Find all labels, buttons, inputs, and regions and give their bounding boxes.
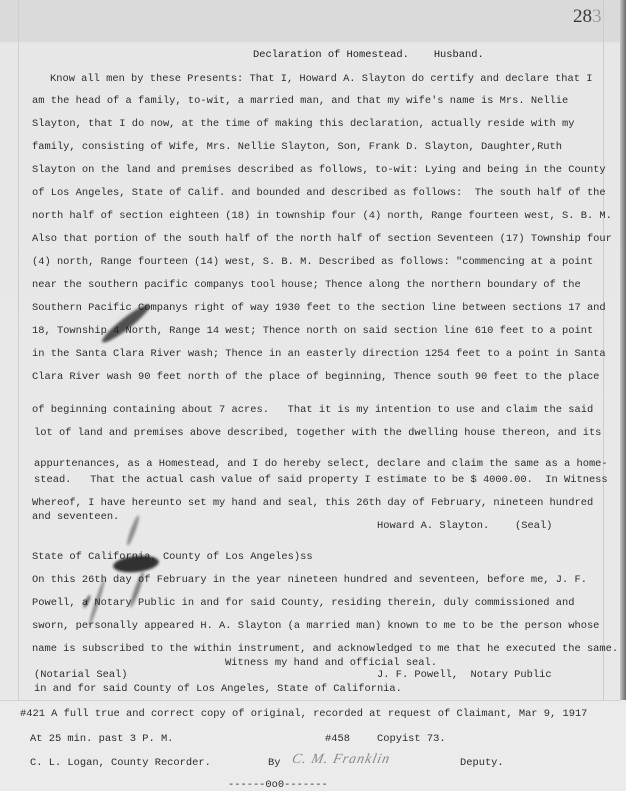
notary-jurisdiction: in and for said County of Los Angeles, S… bbox=[34, 683, 402, 695]
page-number-faded-digit: 3 bbox=[592, 6, 602, 27]
body-line: (4) north, Range fourteen (14) west, S. … bbox=[32, 256, 593, 268]
body-line: Southern Pacific Companys right of way 1… bbox=[32, 302, 606, 314]
body-line: Slayton on the land and premises describ… bbox=[32, 164, 606, 176]
body-line: Also that portion of the south half of t… bbox=[32, 233, 612, 245]
body-line: and seventeen. bbox=[32, 511, 119, 523]
by-label: By bbox=[268, 757, 280, 769]
acknowledgment-line: name is subscribed to the within instrum… bbox=[32, 643, 618, 655]
body-line: appurtenances, as a Homestead, and I do … bbox=[34, 458, 608, 470]
recording-line: #421 A full true and correct copy of ori… bbox=[20, 708, 587, 720]
deputy-signature: C. M. Franklin bbox=[290, 752, 391, 768]
recording-time: At 25 min. past 3 P. M. bbox=[30, 733, 173, 745]
page-number-main: 28 bbox=[573, 6, 592, 27]
venue-line: State of California, County of Los Angel… bbox=[32, 551, 313, 563]
acknowledgment-line: On this 26th day of February in the year… bbox=[32, 574, 587, 586]
body-line: in the Santa Clara River wash; Thence in… bbox=[32, 348, 606, 360]
body-line: stead. That the actual cash value of sai… bbox=[34, 474, 608, 486]
document-title: Declaration of Homestead. Husband. bbox=[253, 49, 484, 61]
document-page: 283 Declaration of Homestead. Husband. K… bbox=[0, 0, 626, 791]
left-margin-rule bbox=[18, 0, 19, 791]
recording-number: #458 bbox=[325, 733, 350, 745]
body-line: near the southern pacific companys tool … bbox=[32, 279, 581, 291]
body-line: am the head of a family, to-wit, a marri… bbox=[32, 95, 568, 107]
body-line: Clara River wash 90 feet north of the pl… bbox=[32, 371, 599, 383]
county-recorder: C. L. Logan, County Recorder. bbox=[30, 757, 211, 769]
body-line: north half of section eighteen (18) in t… bbox=[32, 210, 612, 222]
acknowledgment-line: sworn, personally appeared H. A. Slayton… bbox=[32, 620, 599, 632]
binding-edge-shadow bbox=[620, 0, 626, 700]
end-mark: ------0o0------- bbox=[228, 779, 328, 791]
deputy-label: Deputy. bbox=[460, 757, 504, 769]
seal-label: (Seal) bbox=[515, 520, 552, 532]
body-line: of beginning containing about 7 acres. T… bbox=[32, 404, 593, 416]
page-number: 283 bbox=[573, 6, 602, 28]
body-line: Know all men by these Presents: That I, … bbox=[50, 73, 592, 85]
body-line: Whereof, I have hereunto set my hand and… bbox=[32, 497, 593, 509]
acknowledgment-line: Powell, a Notary Public in and for said … bbox=[32, 597, 574, 609]
body-line: of Los Angeles, State of Calif. and boun… bbox=[32, 187, 606, 199]
ink-smudge bbox=[125, 515, 141, 547]
body-line: family, consisting of Wife, Mrs. Nellie … bbox=[32, 141, 562, 153]
body-line: Slayton, that I do now, at the time of m… bbox=[32, 118, 574, 130]
page-header-band bbox=[0, 0, 626, 42]
body-line: lot of land and premises above described… bbox=[34, 427, 601, 439]
notary-signature: J. F. Powell, Notary Public bbox=[377, 669, 552, 681]
signatory-name: Howard A. Slayton. bbox=[377, 520, 489, 532]
right-margin-rule bbox=[603, 0, 604, 791]
notarial-seal-label: (Notarial Seal) bbox=[34, 669, 128, 681]
witness-line: Witness my hand and official seal. bbox=[225, 657, 437, 669]
copyist-number: Copyist 73. bbox=[377, 733, 446, 745]
